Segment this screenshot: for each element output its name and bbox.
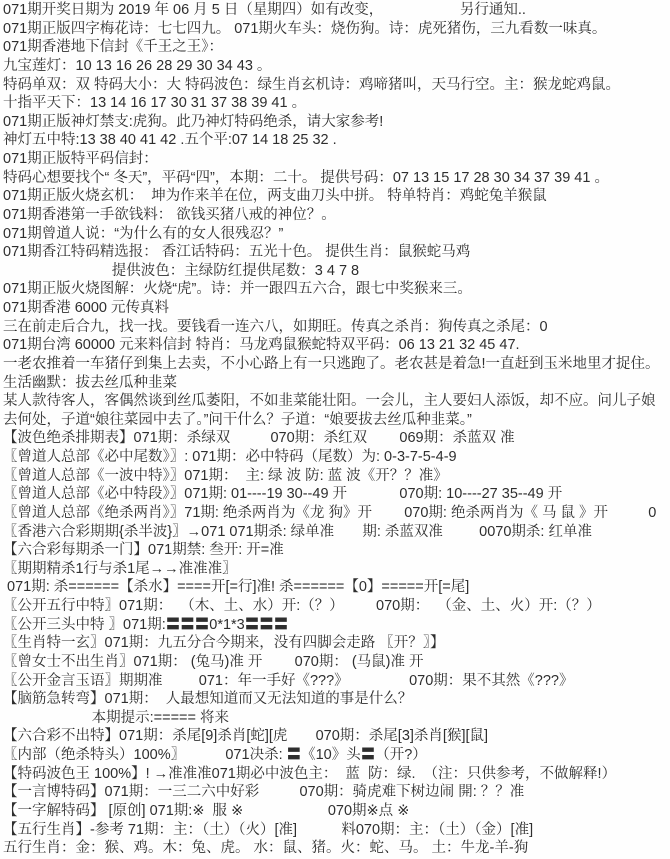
- text-line: 〖公开五行中特〗071期： （木、土、水）开:（？） 070期： （金、土、火）…: [3, 597, 670, 616]
- text-line: 〖曾道人总部《一波中特》〗071期： 主: 绿 波 防: 蓝 波《开？？准》: [3, 467, 670, 486]
- lottery-tips-document: 071期开奖日期为 2019 年 06 月 5 日（星期四）如有改变， 另行通知…: [0, 0, 670, 858]
- text-line: 〖公开三头中特 〗071期:〓〓〓0*1*3〓〓〓: [3, 616, 670, 635]
- text-line: 本期提示:===== 将来: [3, 709, 670, 728]
- text-line: 071期正版神灯禁支:虎狗。此乃神灯特码绝杀，请大家参考!: [3, 113, 670, 132]
- text-line: 071期香江特码精选报： 香江话特码：五光十色。 提供生肖：鼠猴蛇马鸡: [3, 243, 670, 262]
- text-line: 九宝莲灯：10 13 16 26 28 29 30 34 43 。: [3, 57, 670, 76]
- text-line: 【六合彩每期杀一门】071期禁: 叁开: 开=准: [3, 541, 670, 560]
- text-line: 071期正版火烧玄机： 坤为作来羊在位，两支曲刀头中拼。 特单特肖：鸡蛇兔羊猴鼠: [3, 187, 670, 206]
- text-line: 〖香港六合彩期期{杀半波}〗→071 071期杀: 绿单准 期: 杀蓝双准 00…: [3, 523, 670, 542]
- text-line: 特码心想要找个“ 冬天”，平码“四”，本期：二十。 提供号码：07 13 15 …: [3, 169, 670, 188]
- text-line: 071期香港地下信封《千王之王》：: [3, 38, 670, 57]
- text-line: 【波色绝杀排期表】071期：杀绿双 070期：杀红双 069期：杀蓝双 准: [3, 429, 670, 448]
- text-line: 071期香港第一手欲钱料： 欲钱买猪八戒的神位？。: [3, 206, 670, 225]
- text-line: 某人款待客人，客偶然谈到丝瓜萎阳，不如韭菜能壮阳。一会儿，主人要妇人添饭，却不应…: [3, 392, 670, 411]
- text-line: 〖生肖特一玄〗071期：九五分合今期来，没有四脚会走路 〖开？〗】: [3, 634, 670, 653]
- text-line: 五行生肖：金：猴、鸡。木：兔、虎。 水：鼠、猪。火：蛇、马。 土：牛龙-羊-狗: [3, 839, 670, 858]
- text-line: 071期台湾 60000 元来料信封 特肖：马龙鸡鼠猴蛇特双平码：06 13 2…: [3, 336, 670, 355]
- text-line: 〖曾女士不出生肖〗071期： (兔马)准 开 070期： (马鼠)准 开: [3, 653, 670, 672]
- text-line: 生活幽默：拔去丝瓜种韭菜: [3, 374, 670, 393]
- text-line: 【一字解特码】 [原创] 071期:※ 服 ※ 070期※点 ※: [3, 802, 670, 821]
- text-line: 【一言博特码】071期：一三二六中好彩 070期：骑虎难下树边闹 開: ？？准: [3, 783, 670, 802]
- text-line: 〖曾道人总部《必中特段》〗071期: 01----19 30--49 开 070…: [3, 485, 670, 504]
- text-line: 〖曾道人总部《必中尾数》〗: 071期：必中特码（尾数）为: 0-3-7-5-4…: [3, 448, 670, 467]
- text-line: 【特码波色王 100%】! →准准准071期必中波色主： 蓝 防：绿. （注：只…: [3, 765, 670, 784]
- text-line: 【五行生肖】-参考 71期：主：（土）（火）[准] 料070期：主：（土）（金）…: [3, 821, 670, 840]
- text-line: 〖期期精杀1行与杀1尾→→准准准〗: [3, 560, 670, 579]
- text-line: 〖内部（绝杀特头）100%〗 071决杀: 〓《10》头〓（开?）: [3, 746, 670, 765]
- text-line: 特码单双：双 特码大小：大 特码波色：绿生肖玄机诗：鸡啼猪叫，天马行空。主：猴龙…: [3, 76, 670, 95]
- text-line: 一老农推着一车猪仔到集上去卖，不小心路上有一只逃跑了。老农甚是着急!一直赶到玉米…: [3, 355, 670, 374]
- text-line: 071期开奖日期为 2019 年 06 月 5 日（星期四）如有改变， 另行通知…: [3, 1, 670, 20]
- text-line: 071期香港 6000 元传真料: [3, 299, 670, 318]
- text-line: 神灯五中特:13 38 40 41 42 .五个平:07 14 18 25 32…: [3, 131, 670, 150]
- text-line: 071期正版火烧图解：火烧“虎”。诗：并一跟四五六合，跟七中奖猴来三。: [3, 280, 670, 299]
- text-line: 071期曾道人说：“为什么有的女人很残忍？”: [3, 225, 670, 244]
- text-line: 071期正版四字梅花诗：七七四九。 071期火车头：烧伤狗。诗：虎死猪伤，三九看…: [3, 20, 670, 39]
- text-line: 十指平天下：13 14 16 17 30 31 37 38 39 41 。: [3, 94, 670, 113]
- text-line: 三在前走后合九，找一找。要钱看一连六八，如期旺。传真之杀肖：狗传真之杀尾：0: [3, 318, 670, 337]
- text-line: 提供波色：主绿防红提供尾数：3 4 7 8: [3, 262, 670, 281]
- text-line: 【脑筋急转弯】071期： 人最想知道而又无法知道的事是什么？: [3, 690, 670, 709]
- text-line: 【六合彩不出特】071期：杀尾[9]杀肖[蛇][虎 070期：杀尾[3]杀肖[猴…: [3, 727, 670, 746]
- text-line: 〖曾道人总部《绝杀两肖》〗71期: 绝杀两肖为《龙 狗》开 070期: 绝杀两肖…: [3, 504, 670, 523]
- text-line: 〖公开金言玉语〗期期准 071：年一手好《???》 070期：果不其然《???》: [3, 672, 670, 691]
- text-line: 去何处，子道“娘往菜园中去了。”问干什么？子道：“娘要拔去丝瓜种韭菜。”: [3, 411, 670, 430]
- text-line: 071期正版特平码信封：: [3, 150, 670, 169]
- text-line: 071期: 杀======【杀水】====开[=行]准! 杀======【0】=…: [3, 578, 670, 597]
